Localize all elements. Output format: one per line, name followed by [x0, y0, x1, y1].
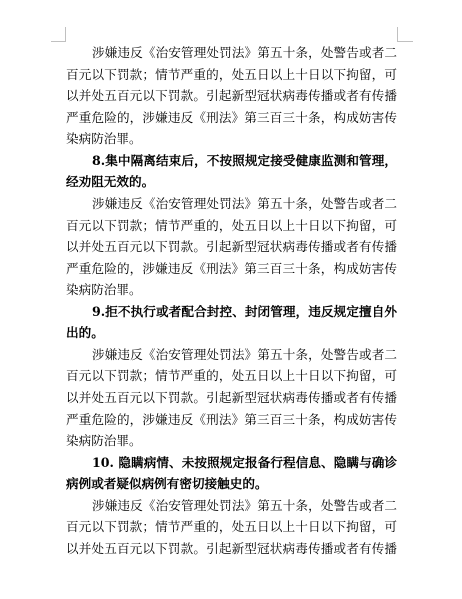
heading-line: 病例或者疑似病例有密切接触史的。	[66, 473, 397, 495]
heading-line: 10. 隐瞒病情、未按照规定报备行程信息、隐瞒与确诊	[66, 452, 397, 474]
document-body[interactable]: 涉嫌违反《治安管理处罚法》第五十条，处警告或者二 百元以下罚款；情节严重的，处五…	[66, 42, 397, 560]
text-line: 以并处五百元以下罚款。引起新型冠状病毒传播或者有传播	[66, 387, 397, 409]
text-line: 染病防治罪。	[66, 128, 397, 150]
penalty-paragraph: 涉嫌违反《治安管理处罚法》第五十条，处警告或者二 百元以下罚款；情节严重的，处五…	[66, 344, 397, 452]
text-line: 严重危险的，涉嫌违反《刑法》第三百三十条，构成妨害传	[66, 409, 397, 431]
heading-line: 出的。	[66, 322, 397, 344]
penalty-paragraph: 涉嫌违反《治安管理处罚法》第五十条，处警告或者二 百元以下罚款；情节严重的，处五…	[66, 495, 397, 560]
text-line: 百元以下罚款；情节严重的，处五日以上十日以下拘留，可	[66, 215, 397, 237]
text-line: 涉嫌违反《治安管理处罚法》第五十条，处警告或者二	[66, 42, 397, 64]
text-line: 染病防治罪。	[66, 430, 397, 452]
penalty-paragraph: 涉嫌违反《治安管理处罚法》第五十条，处警告或者二 百元以下罚款；情节严重的，处五…	[66, 193, 397, 301]
text-line: 以并处五百元以下罚款。引起新型冠状病毒传播或者有传播	[66, 236, 397, 258]
text-line: 严重危险的，涉嫌违反《刑法》第三百三十条，构成妨害传	[66, 258, 397, 280]
text-line: 严重危险的，涉嫌违反《刑法》第三百三十条，构成妨害传	[66, 107, 397, 129]
section-heading-8: 8.集中隔离结束后，不按照规定接受健康监测和管理， 经劝阻无效的。	[66, 150, 397, 193]
section-heading-10: 10. 隐瞒病情、未按照规定报备行程信息、隐瞒与确诊 病例或者疑似病例有密切接触…	[66, 452, 397, 495]
heading-line: 9.拒不执行或者配合封控、封闭管理，违反规定擅自外	[66, 301, 397, 323]
text-line: 百元以下罚款；情节严重的，处五日以上十日以下拘留，可	[66, 365, 397, 387]
heading-line: 8.集中隔离结束后，不按照规定接受健康监测和管理，	[66, 150, 397, 172]
text-line: 染病防治罪。	[66, 279, 397, 301]
text-line: 涉嫌违反《治安管理处罚法》第五十条，处警告或者二	[66, 344, 397, 366]
top-left-crop-mark	[51, 27, 66, 42]
text-line: 以并处五百元以下罚款。引起新型冠状病毒传播或者有传播	[66, 538, 397, 560]
text-line: 百元以下罚款；情节严重的，处五日以上十日以下拘留，可	[66, 516, 397, 538]
section-heading-9: 9.拒不执行或者配合封控、封闭管理，违反规定擅自外 出的。	[66, 301, 397, 344]
document-page: 涉嫌违反《治安管理处罚法》第五十条，处警告或者二 百元以下罚款；情节严重的，处五…	[0, 0, 462, 599]
text-line: 涉嫌违反《治安管理处罚法》第五十条，处警告或者二	[66, 495, 397, 517]
text-line: 涉嫌违反《治安管理处罚法》第五十条，处警告或者二	[66, 193, 397, 215]
text-line: 以并处五百元以下罚款。引起新型冠状病毒传播或者有传播	[66, 85, 397, 107]
heading-line: 经劝阻无效的。	[66, 171, 397, 193]
penalty-paragraph: 涉嫌违反《治安管理处罚法》第五十条，处警告或者二 百元以下罚款；情节严重的，处五…	[66, 42, 397, 150]
text-line: 百元以下罚款；情节严重的，处五日以上十日以下拘留，可	[66, 64, 397, 86]
top-right-crop-mark	[397, 27, 413, 42]
